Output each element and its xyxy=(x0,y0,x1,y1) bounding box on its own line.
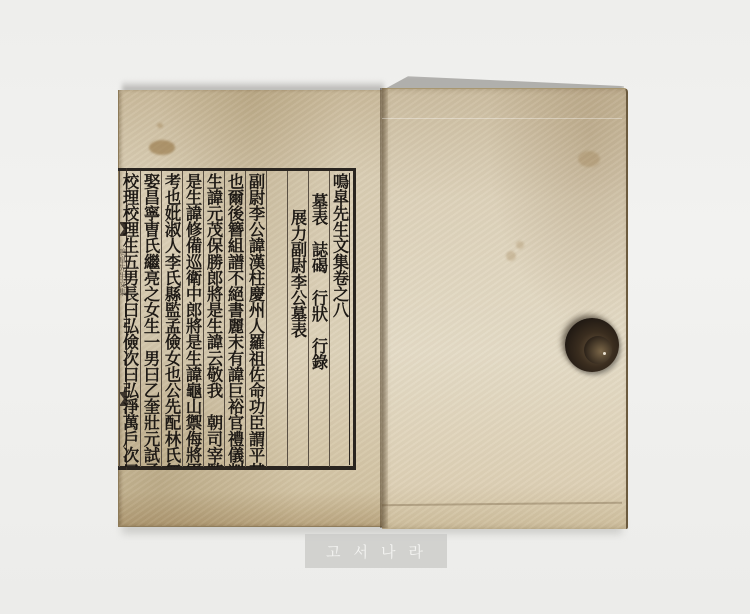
stain-mark xyxy=(516,241,524,249)
stain-mark xyxy=(578,151,600,167)
photo-scene: 鳴皐先生文集 鳴皐先生文集卷之八 墓表 誌碣 行狀 行錄 展力副尉李公墓表 副尉… xyxy=(0,0,750,614)
book-gutter xyxy=(380,88,388,528)
text-column: 校理校理生五男長曰弘儉次曰弘淨萬戶次曰弘憼 xyxy=(119,171,140,467)
stain-mark xyxy=(506,251,516,261)
text-column: 考也妣淑人李氏縣監孟儉女也公先配林氏無後再 xyxy=(161,171,182,467)
stain-mark xyxy=(149,140,175,155)
cover-fold-top xyxy=(382,118,622,119)
text-column: 墓表 誌碣 行狀 行錄 xyxy=(308,171,329,467)
watermark: 고서나라 xyxy=(305,534,447,568)
text-column-empty xyxy=(266,171,287,467)
text-column: 娶昌寧曺氏繼亮之女生一男曰乙奎壯元試承文院 xyxy=(140,171,161,467)
text-column: 也爾後簪組譜不絕書麗末有諱巨裕官禮儀判書是 xyxy=(224,171,245,467)
text-column: 展力副尉李公墓表 xyxy=(287,171,308,467)
text-columns: 鳴皐先生文集卷之八 墓表 誌碣 行狀 行錄 展力副尉李公墓表 副尉李公諱漢柱慶州… xyxy=(118,171,350,467)
clasp-highlight xyxy=(603,352,606,355)
text-column: 是生諱修備巡衛中郎將是生諱龜山禦侮將軍寔公 xyxy=(182,171,203,467)
stain-mark xyxy=(157,123,163,128)
text-column: 副尉李公諱漢柱慶州人羅祖佐命功臣謂平其奧祖 xyxy=(245,171,266,467)
clasp-center xyxy=(584,336,612,364)
text-column: 生諱元茂保勝郎將是生諱云敬我 朝司宰監僉正 xyxy=(203,171,224,467)
text-column-title: 鳴皐先生文集卷之八 xyxy=(329,171,350,467)
right-page-cover xyxy=(382,88,628,529)
